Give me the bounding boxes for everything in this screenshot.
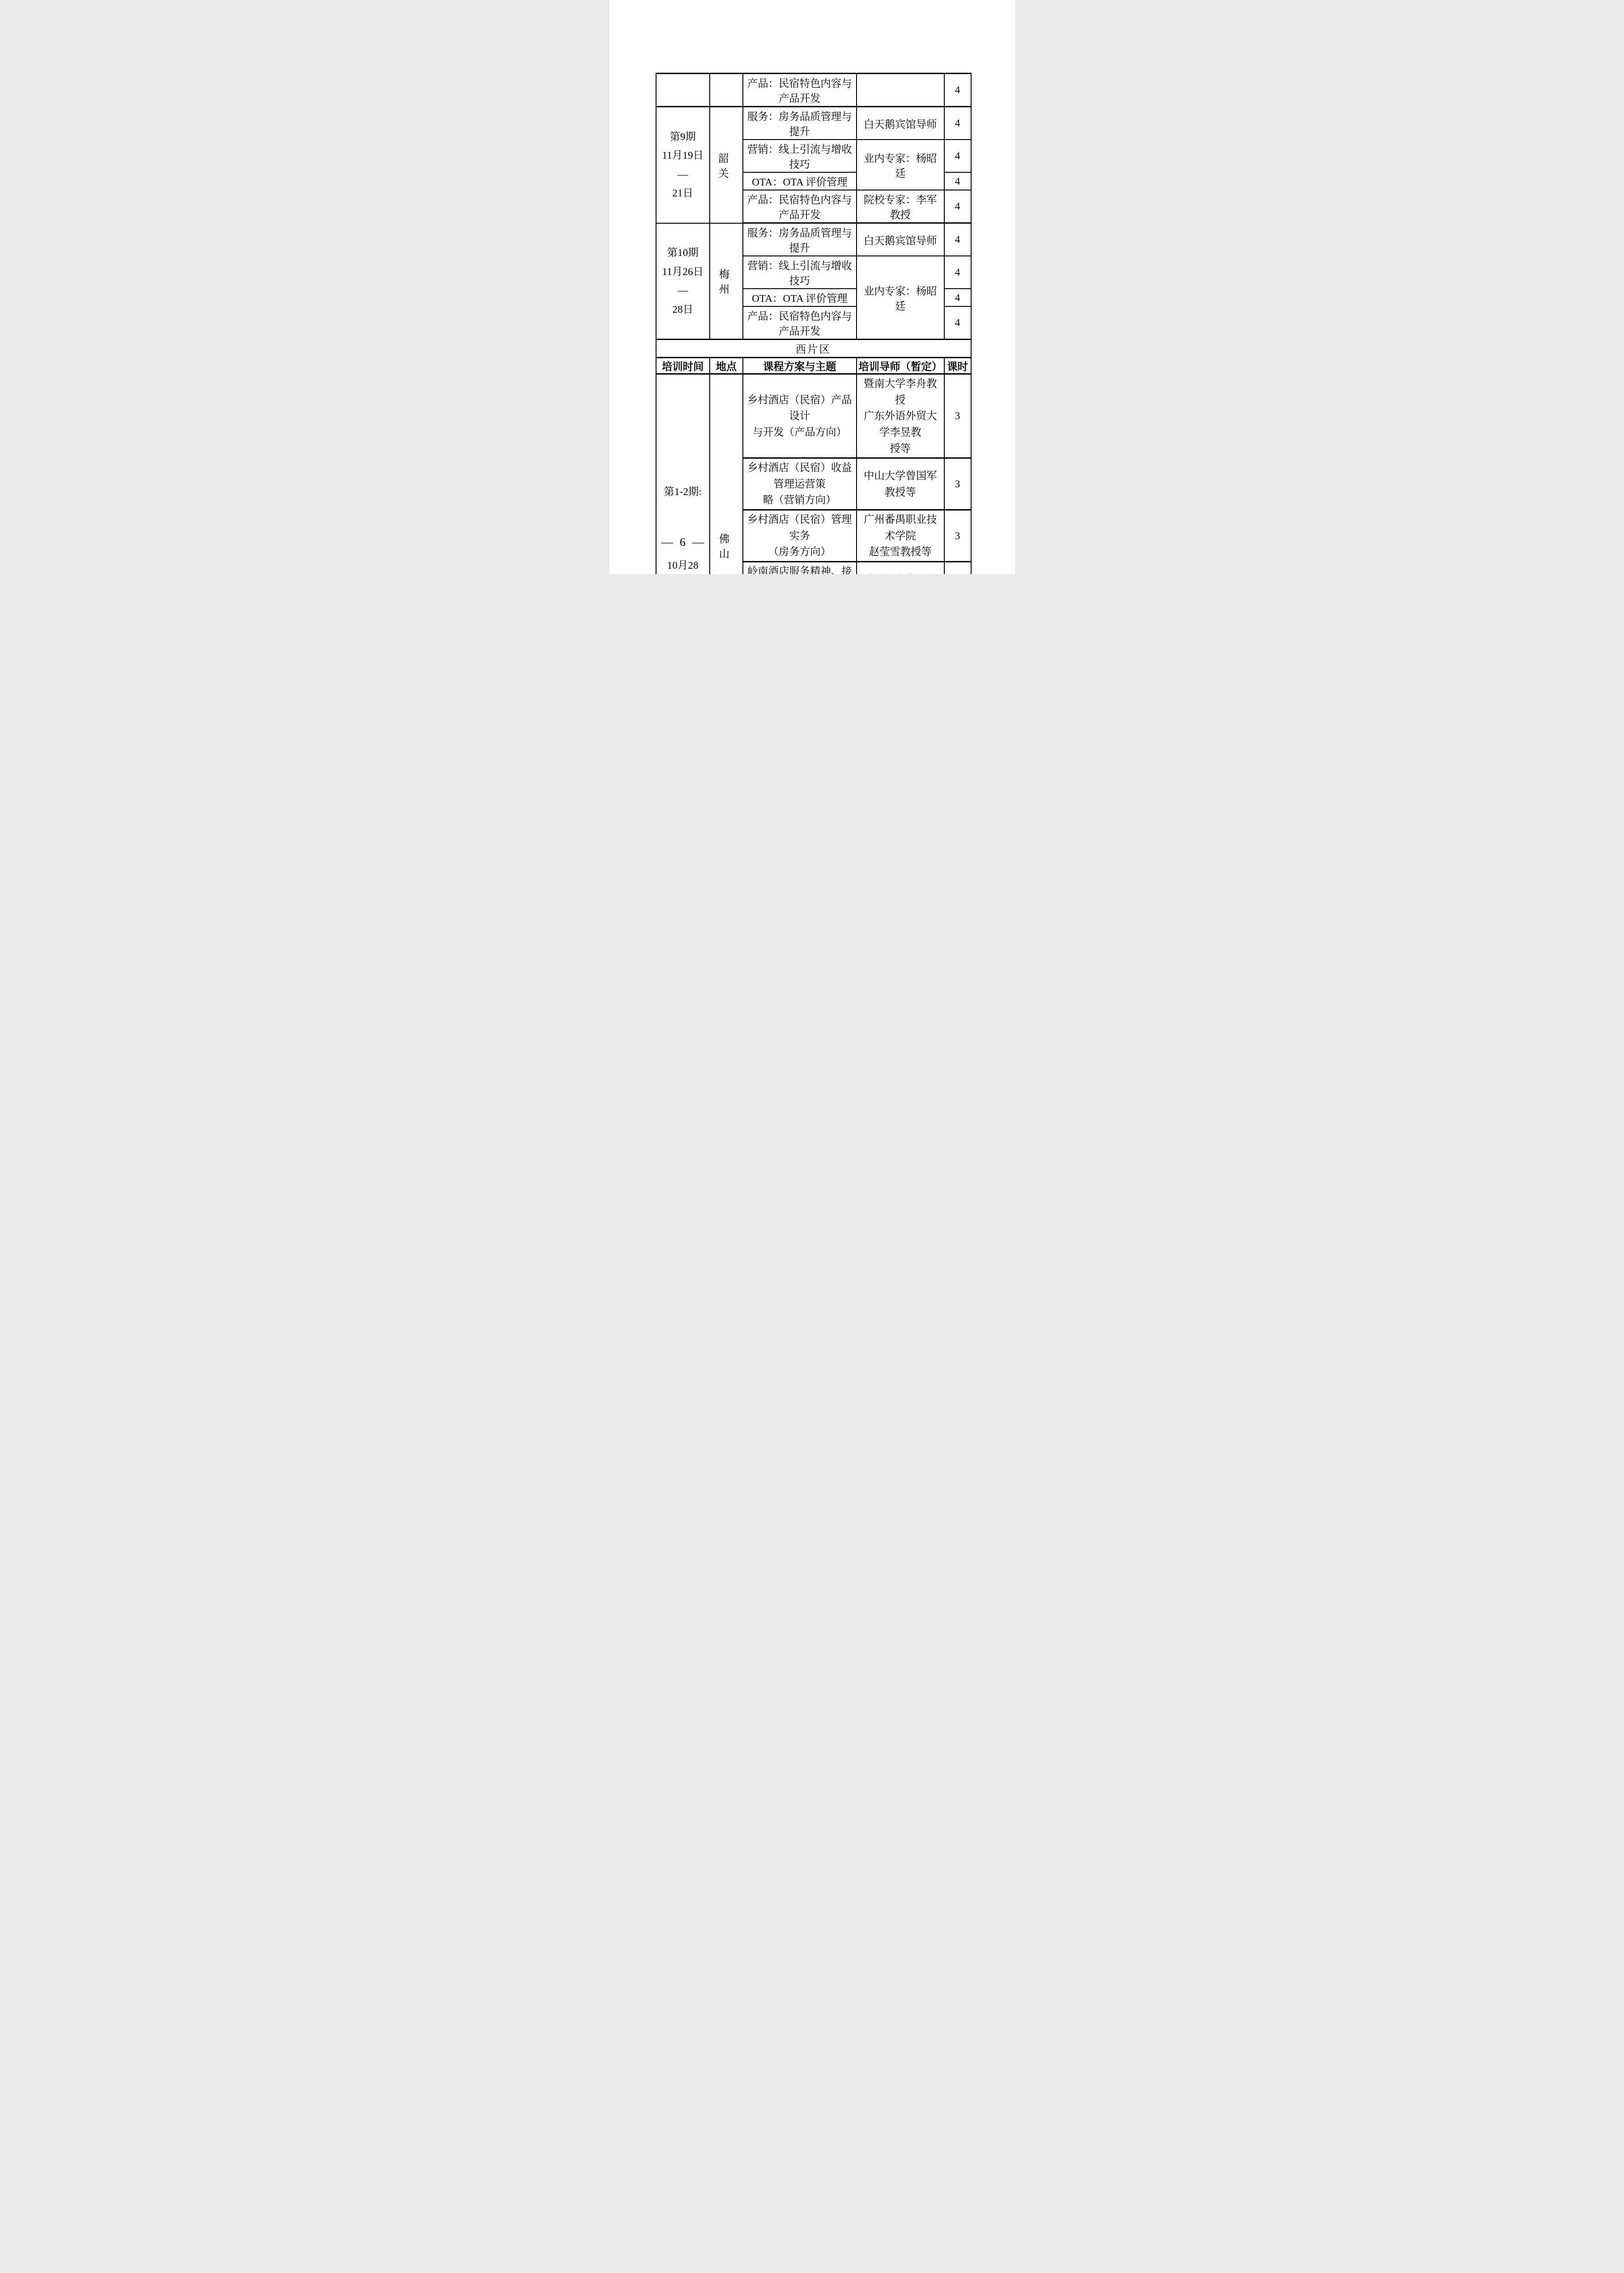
cell-course: 服务：房务品质管理与提升: [743, 223, 857, 256]
cell-course: OTA：OTA 评价管理: [743, 289, 857, 306]
period-label: 第1-2期:: [659, 483, 707, 498]
cell-course: 营销：线上引流与增收技巧: [743, 140, 857, 172]
cell-hours: 3: [944, 374, 971, 458]
cell-course: 服务：房务品质管理与提升: [743, 107, 857, 140]
cell-period: 第9期 11月19日— 21日: [656, 107, 710, 223]
cell-mentor: 业内专家：杨昭廷: [857, 140, 944, 190]
cell-course: 产品：民宿特色内容与产品开发: [743, 306, 857, 340]
cell-course: OTA：OTA 评价管理: [743, 172, 857, 190]
page-number: — 6 —: [662, 536, 706, 549]
cell-mentor: 白天鹅宾馆导师: [857, 107, 944, 140]
cell-course: 产品：民宿特色内容与产品开发: [743, 74, 857, 107]
cell-hours: 4: [944, 223, 971, 256]
cell-hours: 4: [944, 190, 971, 223]
section-title: 西片区: [656, 340, 971, 358]
table-header-row: 培训时间 地点 课程方案与主题 培训导师（暂定） 课时: [656, 358, 971, 374]
table-row: 第9期 11月19日— 21日 韶关 服务：房务品质管理与提升 白天鹅宾馆导师 …: [656, 107, 971, 140]
cell-hours: 3: [944, 562, 971, 574]
cell-mentor-empty: [857, 74, 944, 107]
column-header-mentor: 培训导师（暂定）: [857, 358, 944, 374]
cell-hours: 4: [944, 306, 971, 340]
cell-period: 第10期 11月26日— 28日: [656, 223, 710, 340]
cell-hours: 4: [944, 256, 971, 289]
table-row: 第10期 11月26日— 28日 梅州 服务：房务品质管理与提升 白天鹅宾馆导师…: [656, 223, 971, 256]
cell-location: 佛山: [710, 374, 743, 575]
cell-hours: 4: [944, 107, 971, 140]
cell-hours: 4: [944, 289, 971, 306]
cell-course: 乡村酒店（民宿）管理实务 （房务方向）: [743, 510, 857, 562]
table-row: 第1-2期: 10月28日-30 日 佛山 乡村酒店（民宿）产品设计 与开发（产…: [656, 374, 971, 458]
training-schedule-table: 产品：民宿特色内容与产品开发 4 第9期 11月19日— 21日 韶关 服务：房…: [656, 73, 972, 574]
cell-course: 岭南酒店服务精神、接待礼仪 投诉处理（服务方向）: [743, 562, 857, 574]
cell-course: 营销：线上引流与增收技巧: [743, 256, 857, 289]
cell-course: 产品：民宿特色内容与产品开发: [743, 190, 857, 223]
cell-course: 乡村酒店（民宿）产品设计 与开发（产品方向）: [743, 374, 857, 458]
cell-location: 韶关: [710, 107, 743, 223]
cell-mentor: 业内专家：杨昭廷: [857, 256, 944, 340]
cell-mentor: 岭南酒店高级讲师团队: [857, 562, 944, 574]
cell-hours: 3: [944, 510, 971, 562]
column-header-hours: 课时: [944, 358, 971, 374]
column-header-course: 课程方案与主题: [743, 358, 857, 374]
period-dates: 10月28日-30 日: [659, 557, 707, 574]
table-row: 产品：民宿特色内容与产品开发 4: [656, 74, 971, 107]
cell-hours: 4: [944, 172, 971, 190]
cell-mentor: 白天鹅宾馆导师: [857, 223, 944, 256]
cell-hours: 3: [944, 458, 971, 510]
table-row: 西片区: [656, 340, 971, 358]
cell-course: 乡村酒店（民宿）收益管理运营策 略（营销方向）: [743, 458, 857, 510]
cell-period-empty: [656, 74, 710, 107]
cell-mentor: 中山大学曾国军教授等: [857, 458, 944, 510]
cell-location: 梅州: [710, 223, 743, 340]
column-header-time: 培训时间: [656, 358, 710, 374]
cell-hours: 4: [944, 140, 971, 172]
document-page: 产品：民宿特色内容与产品开发 4 第9期 11月19日— 21日 韶关 服务：房…: [609, 0, 1015, 574]
column-header-location: 地点: [710, 358, 743, 374]
cell-mentor: 暨南大学李舟教授 广东外语外贸大学李昱教 授等: [857, 374, 944, 458]
cell-mentor: 院校专家：李军教授: [857, 190, 944, 223]
cell-location-empty: [710, 74, 743, 107]
cell-mentor: 广州番禺职业技术学院 赵莹雪教授等: [857, 510, 944, 562]
cell-hours: 4: [944, 74, 971, 107]
